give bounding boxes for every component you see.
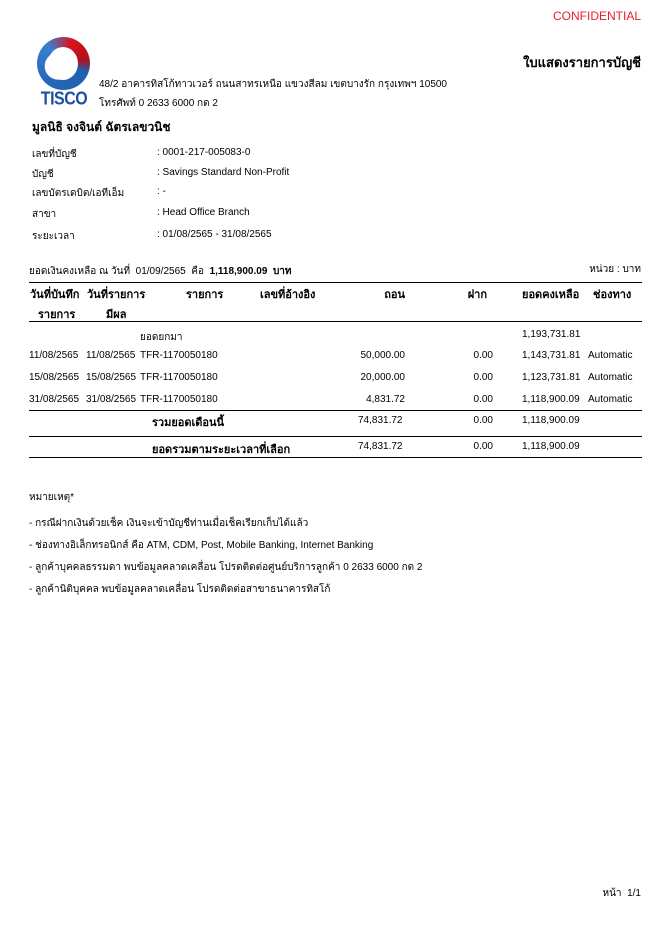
tisco-logo-icon: TISCO	[33, 37, 95, 109]
page-label: หน้า	[602, 888, 621, 899]
logo-ring-icon	[37, 37, 90, 90]
document-title: ใบแสดงรายการบัญชี	[523, 52, 641, 73]
account-type-value: : Savings Standard Non-Profit	[157, 167, 289, 178]
month-total-label: รวมยอดเดือนนี้	[152, 413, 224, 431]
brought-forward-balance: 1,193,731.81	[522, 329, 580, 340]
withdrawal: 20,000.00	[361, 372, 406, 383]
posting-date: 15/08/2565	[29, 372, 79, 383]
deposit: 0.00	[474, 372, 493, 383]
header-reference: เลขที่อ้างอิง	[260, 285, 315, 303]
deposit: 0.00	[474, 350, 493, 361]
balance-is: คือ	[191, 266, 204, 277]
balance-currency: บาท	[273, 266, 292, 277]
effective-date: 31/08/2565	[86, 394, 136, 405]
note-item: - ลูกค้าบุคคลธรรมดา พบข้อมูลคลาดเคลื่อน …	[29, 560, 422, 575]
header-posting-date: วันที่บันทึก	[30, 285, 79, 303]
note-item: - ช่องทางอิเล็กทรอนิกส์ คือ ATM, CDM, Po…	[29, 538, 373, 553]
header-description: รายการ	[186, 285, 223, 303]
balance-amount: 1,118,900.09	[210, 266, 268, 277]
channel: Automatic	[588, 372, 632, 383]
month-total-divider	[29, 436, 642, 437]
month-total-withdrawal: 74,831.72	[358, 415, 403, 426]
period-total-withdrawal: 74,831.72	[358, 441, 403, 452]
period-total-label: ยอดรวมตามระยะเวลาที่เลือก	[152, 440, 290, 458]
brought-forward-label: ยอดยกมา	[140, 330, 182, 345]
description: TFR-1170050180	[140, 372, 218, 383]
account-number-label: เลขที่บัญชี	[32, 147, 77, 162]
card-number-value: : -	[157, 186, 166, 197]
withdrawal: 50,000.00	[361, 350, 406, 361]
header-channel: ช่องทาง	[593, 285, 631, 303]
period-value: : 01/08/2565 - 31/08/2565	[157, 229, 272, 240]
notes-title: หมายเหตุ*	[29, 490, 74, 505]
channel: Automatic	[588, 394, 632, 405]
branch-value: : Head Office Branch	[157, 207, 250, 218]
header-bottom-divider	[29, 321, 642, 322]
posting-date: 11/08/2565	[29, 350, 78, 361]
card-number-label: เลขบัตรเดบิต/เอทีเอ็ม	[32, 186, 124, 201]
table-bottom-divider	[29, 457, 642, 458]
effective-date: 15/08/2565	[86, 372, 136, 383]
bank-phone: โทรศัพท์ 0 2633 6000 กด 2	[99, 96, 218, 111]
account-number-value: : 0001-217-005083-0	[157, 147, 250, 158]
effective-date: 11/08/2565	[86, 350, 135, 361]
withdrawal: 4,831.72	[366, 394, 405, 405]
balance: 1,118,900.09	[522, 394, 580, 405]
period-total-deposit: 0.00	[474, 441, 493, 452]
account-type-label: บัญชี	[32, 167, 54, 182]
header-withdrawal: ถอน	[384, 285, 405, 303]
rows-bottom-divider	[29, 410, 642, 411]
bank-address: 48/2 อาคารทิสโก้ทาวเวอร์ ถนนสาทรเหนือ แข…	[99, 77, 447, 92]
branch-label: สาขา	[32, 207, 56, 222]
header-deposit: ฝาก	[468, 285, 487, 303]
note-item: - ลูกค้านิติบุคคล พบข้อมูลคลาดเคลื่อน โป…	[29, 582, 330, 597]
statement-page: CONFIDENTIAL ใบแสดงรายการบัญชี TISCO 48/…	[0, 0, 658, 945]
description: TFR-1170050180	[140, 350, 218, 361]
deposit: 0.00	[474, 394, 493, 405]
confidential-label: CONFIDENTIAL	[553, 9, 641, 23]
period-label: ระยะเวลา	[32, 229, 75, 244]
header-effective-date: วันที่รายการ	[87, 285, 145, 303]
note-item: - กรณีฝากเงินด้วยเช็ค เงินจะเข้าบัญชีท่า…	[29, 516, 308, 531]
logo-wordmark: TISCO	[36, 90, 92, 111]
posting-date: 31/08/2565	[29, 394, 79, 405]
table-top-divider	[29, 282, 642, 283]
balance-prefix: ยอดเงินคงเหลือ ณ วันที่	[29, 266, 130, 277]
balance-summary: ยอดเงินคงเหลือ ณ วันที่ 01/09/2565 คือ 1…	[29, 264, 292, 279]
balance: 1,143,731.81	[522, 350, 580, 361]
period-total-balance: 1,118,900.09	[522, 441, 580, 452]
unit-label: หน่วย : บาท	[589, 262, 641, 277]
month-total-balance: 1,118,900.09	[522, 415, 580, 426]
page-number: หน้า 1/1	[602, 886, 641, 901]
month-total-deposit: 0.00	[474, 415, 493, 426]
header-balance: ยอดคงเหลือ	[522, 285, 579, 303]
page-value: 1/1	[627, 888, 641, 899]
balance-date: 01/09/2565	[136, 266, 186, 277]
description: TFR-1170050180	[140, 394, 218, 405]
account-holder-name: มูลนิธิ จงจินต์ ฉัตรเลขวนิช	[32, 118, 171, 137]
balance: 1,123,731.81	[522, 372, 580, 383]
channel: Automatic	[588, 350, 632, 361]
